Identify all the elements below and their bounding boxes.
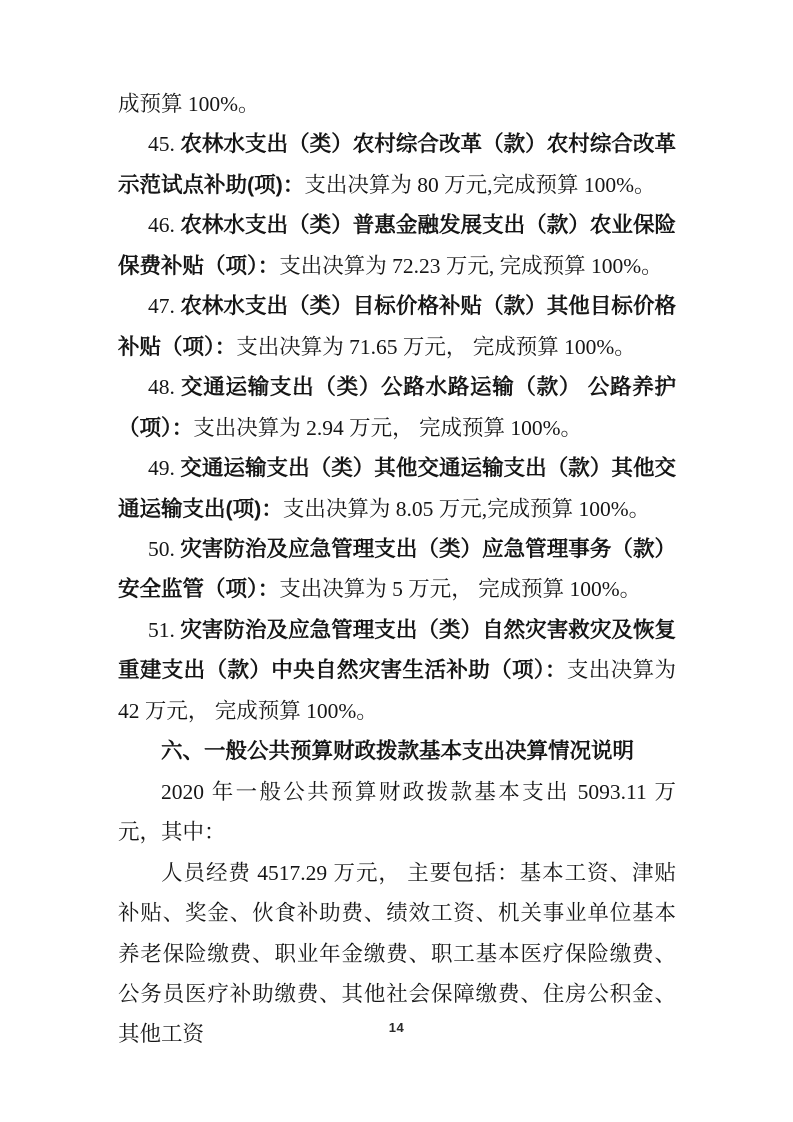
page-number: 14 bbox=[0, 1020, 793, 1035]
paragraph-2: 46. 农林水支出（类）普惠金融发展支出（款）农业保险保费补贴（项）：支出决算为… bbox=[118, 205, 676, 286]
body-text: 支出决算为 5 万元， 完成预算 100%。 bbox=[279, 577, 641, 601]
body-text: 支出决算为 2.94 万元， 完成预算 100%。 bbox=[193, 416, 582, 440]
body-text: 46. bbox=[148, 213, 180, 237]
body-text: 人员经费 4517.29 万元， 主要包括：基本工资、津贴补贴、奖金、伙食补助费… bbox=[118, 861, 676, 1047]
body-text: 成预算 100%。 bbox=[118, 92, 260, 116]
paragraph-6: 50. 灾害防治及应急管理支出（类）应急管理事务（款）安全监管（项）：支出决算为… bbox=[118, 529, 676, 610]
emphasis-text: 六、一般公共预算财政拨款基本支出决算情况说明 bbox=[161, 739, 634, 763]
body-text: 支出决算为 80 万元,完成预算 100%。 bbox=[304, 173, 655, 197]
body-text: 47. bbox=[148, 294, 180, 318]
body-text: 48. bbox=[148, 375, 181, 399]
body-text: 49. bbox=[148, 456, 180, 480]
body-text: 2020 年一般公共预算财政拨款基本支出 5093.11 万元，其中： bbox=[118, 780, 676, 844]
body-text: 50. bbox=[148, 537, 180, 561]
paragraph-0: 成预算 100%。 bbox=[118, 84, 676, 124]
paragraph-7: 51. 灾害防治及应急管理支出（类）自然灾害救灾及恢复重建支出（款）中央自然灾害… bbox=[118, 610, 676, 731]
paragraph-5: 49. 交通运输支出（类）其他交通运输支出（款）其他交通运输支出(项)：支出决算… bbox=[118, 448, 676, 529]
body-text: 支出决算为 8.05 万元,完成预算 100%。 bbox=[283, 497, 650, 521]
paragraph-8: 六、一般公共预算财政拨款基本支出决算情况说明 bbox=[118, 731, 676, 771]
paragraph-9: 2020 年一般公共预算财政拨款基本支出 5093.11 万元，其中： bbox=[118, 772, 676, 853]
document-content: 成预算 100%。45. 农林水支出（类）农村综合改革（款）农村综合改革示范试点… bbox=[118, 84, 676, 1055]
paragraph-1: 45. 农林水支出（类）农村综合改革（款）农村综合改革示范试点补助(项)：支出决… bbox=[118, 124, 676, 205]
body-text: 支出决算为 71.65 万元， 完成预算 100%。 bbox=[236, 335, 636, 359]
paragraph-3: 47. 农林水支出（类）目标价格补贴（款）其他目标价格补贴（项）：支出决算为 7… bbox=[118, 286, 676, 367]
body-text: 45. bbox=[148, 132, 180, 156]
body-text: 支出决算为 72.23 万元, 完成预算 100%。 bbox=[279, 254, 662, 278]
body-text: 51. bbox=[148, 618, 180, 642]
document-page: 成预算 100%。45. 农林水支出（类）农村综合改革（款）农村综合改革示范试点… bbox=[0, 0, 793, 1122]
paragraph-4: 48. 交通运输支出（类）公路水路运输（款） 公路养护（项）：支出决算为 2.9… bbox=[118, 367, 676, 448]
